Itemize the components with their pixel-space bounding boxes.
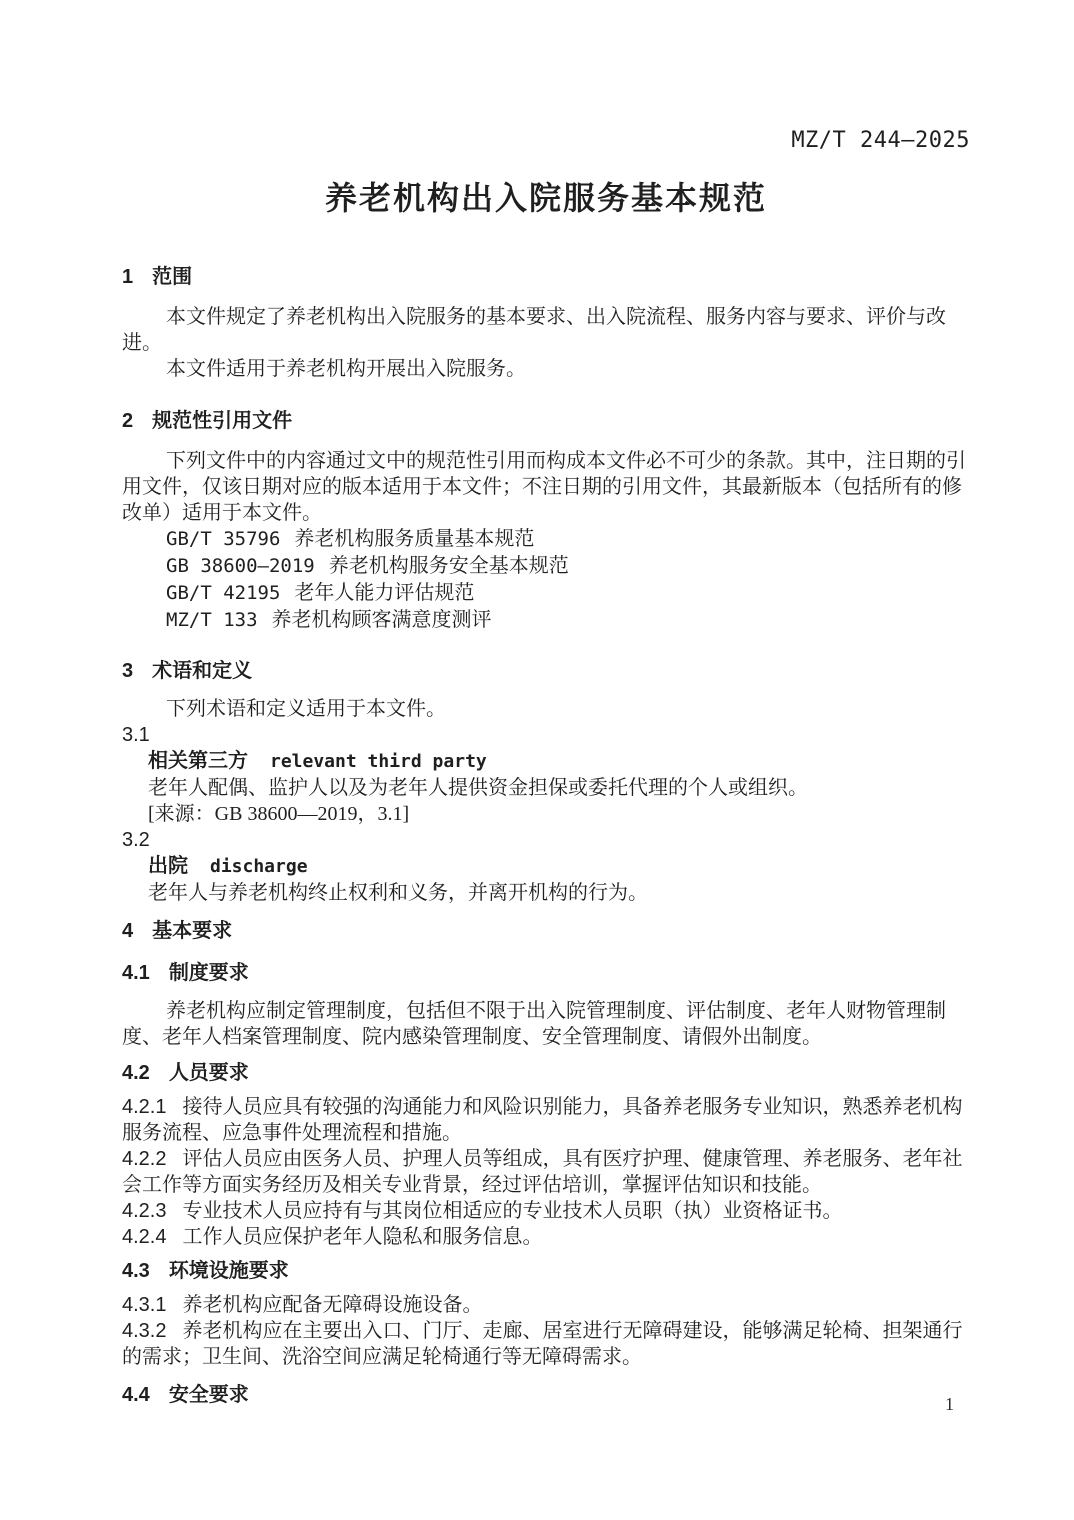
section-4-1-heading-text: 制度要求 <box>169 962 249 984</box>
clause-number: 4.2.2 <box>122 1148 166 1170</box>
section-4-1-number: 4.1 <box>122 962 150 984</box>
personnel-clauses: 4.2.1接待人员应具有较强的沟通能力和风险识别能力，具备养老服务专业知识，熟悉… <box>122 1094 970 1250</box>
term-number: 3.1 <box>122 722 970 748</box>
clause-number: 4.3.1 <box>122 1294 166 1316</box>
term-line: 相关第三方relevant third party <box>122 748 970 775</box>
section-4-3-number: 4.3 <box>122 1260 150 1282</box>
clause: 4.3.2养老机构应在主要出入口、门厅、走廊、居室进行无障碍建设，能够满足轮椅、… <box>122 1318 970 1370</box>
reference-item: GB/T 42195老年人能力评估规范 <box>122 580 970 607</box>
term-name-zh: 出院 <box>148 855 188 877</box>
section-2-heading-text: 规范性引用文件 <box>152 410 292 432</box>
reference-item: GB/T 35796养老机构服务质量基本规范 <box>122 526 970 553</box>
section-4-number: 4 <box>122 920 133 942</box>
term-definition: 老年人配偶、监护人以及为老年人提供资金担保或委托代理的个人或组织。 <box>122 775 970 801</box>
section-4-2-heading: 4.2人员要求 <box>122 1060 970 1086</box>
clause: 4.3.1养老机构应配备无障碍设施设备。 <box>122 1292 970 1318</box>
term-name-en: discharge <box>210 856 308 877</box>
clause-number: 4.3.2 <box>122 1320 166 1342</box>
term-number: 3.2 <box>122 827 970 853</box>
environment-clauses: 4.3.1养老机构应配备无障碍设施设备。 4.3.2养老机构应在主要出入口、门厅… <box>122 1292 970 1370</box>
normative-references-intro: 下列文件中的内容通过文中的规范性引用而构成本文件必不可少的条款。其中，注日期的引… <box>122 448 970 526</box>
term-name-en: relevant third party <box>270 751 487 772</box>
section-4-3-heading: 4.3环境设施要求 <box>122 1258 970 1284</box>
section-4-heading: 4基本要求 <box>122 918 970 944</box>
term-entry-3-2: 3.2 出院discharge 老年人与养老机构终止权利和义务，并离开机构的行为… <box>122 827 970 906</box>
document-title: 养老机构出入院服务基本规范 <box>122 180 970 216</box>
section-3-heading: 3术语和定义 <box>122 658 970 684</box>
scope-paragraph-2: 本文件适用于养老机构开展出入院服务。 <box>122 356 970 382</box>
clause-text: 评估人员应由医务人员、护理人员等组成，具有医疗护理、健康管理、养老服务、老年社会… <box>122 1148 962 1196</box>
reference-code: GB/T 35796 <box>166 528 280 550</box>
section-4-4-number: 4.4 <box>122 1384 150 1406</box>
section-1-number: 1 <box>122 266 133 288</box>
clause-number: 4.2.4 <box>122 1226 166 1248</box>
scope-paragraph-1: 本文件规定了养老机构出入院服务的基本要求、出入院流程、服务内容与要求、评价与改进… <box>122 304 970 356</box>
term-entry-3-1: 3.1 相关第三方relevant third party 老年人配偶、监护人以… <box>122 722 970 827</box>
section-3-heading-text: 术语和定义 <box>152 660 252 682</box>
standard-number: MZ/T 244—2025 <box>122 130 970 152</box>
section-4-heading-text: 基本要求 <box>152 920 232 942</box>
section-4-4-heading-text: 安全要求 <box>169 1384 249 1406</box>
reference-title: 老年人能力评估规范 <box>294 582 474 604</box>
reference-code: MZ/T 133 <box>166 609 258 631</box>
term-source: [来源：GB 38600—2019，3.1] <box>122 801 970 827</box>
terms-intro: 下列术语和定义适用于本文件。 <box>122 696 970 722</box>
clause-number: 4.2.1 <box>122 1096 166 1118</box>
reference-item: GB 38600—2019养老机构服务安全基本规范 <box>122 553 970 580</box>
document-page: MZ/T 244—2025 养老机构出入院服务基本规范 1范围 本文件规定了养老… <box>0 0 1074 1520</box>
clause: 4.2.1接待人员应具有较强的沟通能力和风险识别能力，具备养老服务专业知识，熟悉… <box>122 1094 970 1146</box>
section-3-number: 3 <box>122 660 133 682</box>
section-2-number: 2 <box>122 410 133 432</box>
clause-text: 养老机构应配备无障碍设施设备。 <box>182 1294 482 1316</box>
reference-title: 养老机构服务安全基本规范 <box>329 555 569 577</box>
clause: 4.2.4工作人员应保护老年人隐私和服务信息。 <box>122 1224 970 1250</box>
reference-code: GB/T 42195 <box>166 582 280 604</box>
clause: 4.2.3专业技术人员应持有与其岗位相适应的专业技术人员职（执）业资格证书。 <box>122 1198 970 1224</box>
reference-title: 养老机构顾客满意度测评 <box>272 609 492 631</box>
section-4-2-heading-text: 人员要求 <box>169 1062 249 1084</box>
reference-list: GB/T 35796养老机构服务质量基本规范 GB 38600—2019养老机构… <box>122 526 970 634</box>
section-4-4-heading: 4.4安全要求 <box>122 1382 970 1408</box>
section-1-heading-text: 范围 <box>152 266 192 288</box>
clause: 4.2.2评估人员应由医务人员、护理人员等组成，具有医疗护理、健康管理、养老服务… <box>122 1146 970 1198</box>
institution-rules-paragraph: 养老机构应制定管理制度，包括但不限于出入院管理制度、评估制度、老年人财物管理制度… <box>122 998 970 1050</box>
section-2-heading: 2规范性引用文件 <box>122 408 970 434</box>
section-4-1-heading: 4.1制度要求 <box>122 960 970 986</box>
page-number: 1 <box>945 1393 954 1415</box>
reference-item: MZ/T 133养老机构顾客满意度测评 <box>122 607 970 634</box>
reference-title: 养老机构服务质量基本规范 <box>294 528 534 550</box>
term-definition: 老年人与养老机构终止权利和义务，并离开机构的行为。 <box>122 880 970 906</box>
section-4-3-heading-text: 环境设施要求 <box>169 1260 289 1282</box>
section-4-2-number: 4.2 <box>122 1062 150 1084</box>
term-line: 出院discharge <box>122 853 970 880</box>
clause-text: 养老机构应在主要出入口、门厅、走廊、居室进行无障碍建设，能够满足轮椅、担架通行的… <box>122 1320 962 1368</box>
reference-code: GB 38600—2019 <box>166 555 315 577</box>
section-1-heading: 1范围 <box>122 264 970 290</box>
clause-text: 专业技术人员应持有与其岗位相适应的专业技术人员职（执）业资格证书。 <box>182 1200 842 1222</box>
clause-text: 接待人员应具有较强的沟通能力和风险识别能力，具备养老服务专业知识，熟悉养老机构服… <box>122 1096 962 1144</box>
clause-number: 4.2.3 <box>122 1200 166 1222</box>
clause-text: 工作人员应保护老年人隐私和服务信息。 <box>182 1226 542 1248</box>
term-name-zh: 相关第三方 <box>148 750 248 772</box>
